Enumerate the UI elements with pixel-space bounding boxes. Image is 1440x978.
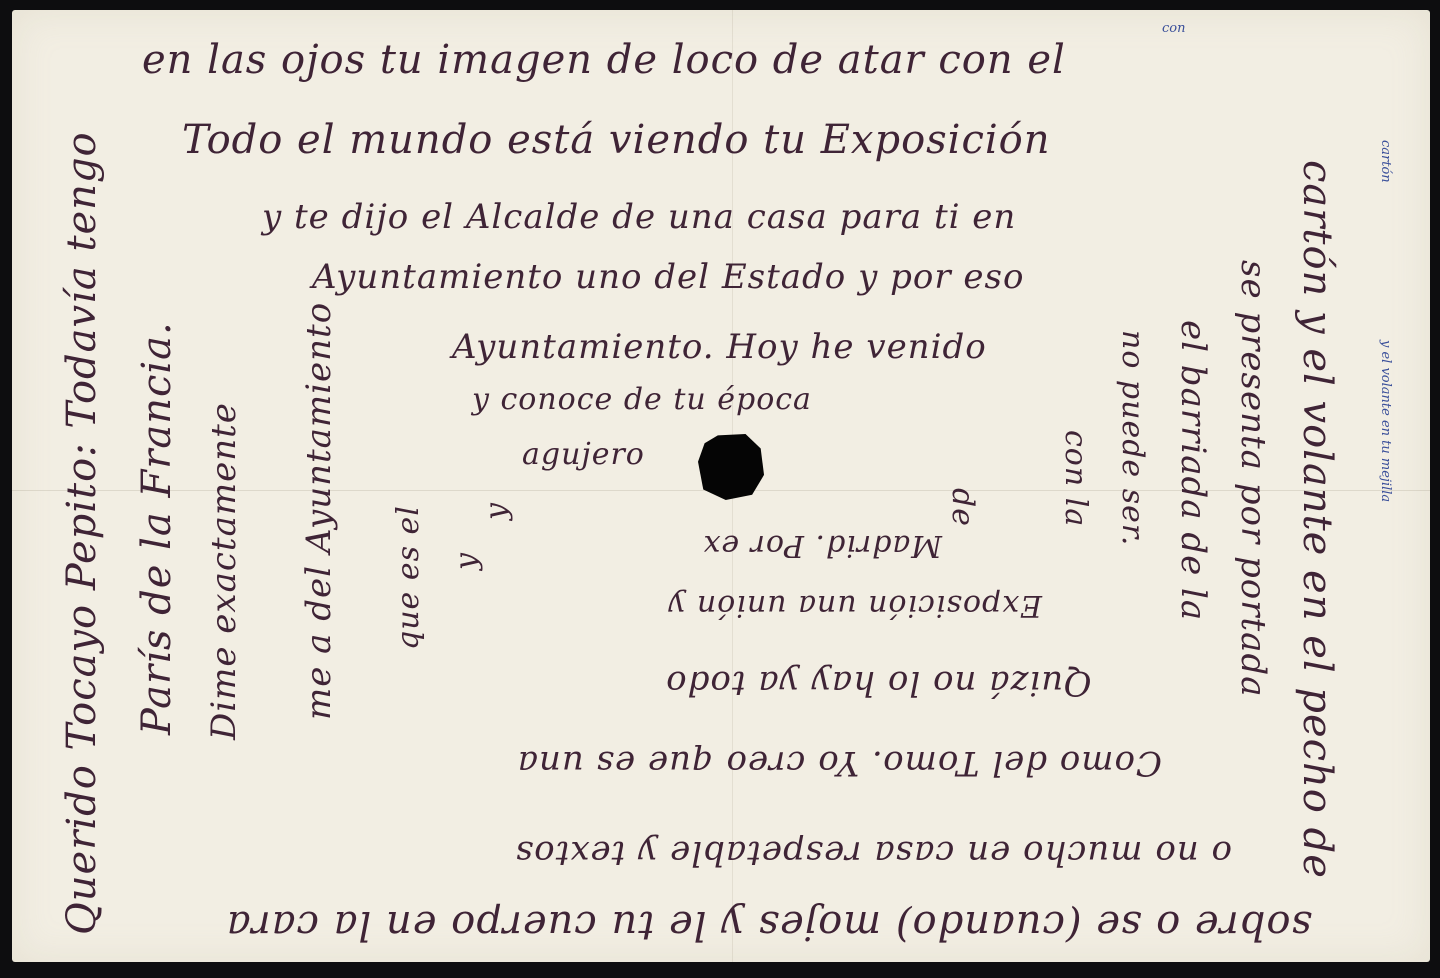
ring5-bottom-line: Exposición una unión y xyxy=(667,590,1042,620)
outer-right-line: cartón y el volante en el pecho de xyxy=(1297,160,1337,879)
ring4-bottom-line: Quizá no lo hay ya todo xyxy=(665,666,1092,700)
ink-blot-hole xyxy=(698,434,764,500)
center-word: agujero xyxy=(522,440,645,470)
ring2-right-line: se presenta por portada xyxy=(1236,260,1270,697)
ring4-top-line: Ayuntamiento uno del Estado y por eso xyxy=(312,260,1024,294)
ring4-left-line: que es el xyxy=(394,505,424,650)
ring5-right-line: con la xyxy=(1060,430,1090,527)
ring3-left-line: me a del Ayuntamiento xyxy=(302,302,336,720)
ring4-right-line: no puede ser. xyxy=(1117,330,1147,546)
outer-left-line-2: París de la Francia. xyxy=(137,321,177,735)
ring5-left-line: y xyxy=(452,552,482,570)
ring6-left-line: y xyxy=(482,502,512,520)
ring6-top-line: y conoce de tu época xyxy=(472,385,812,415)
ring2-bottom-line: o no mucho en casa respetable y textos xyxy=(515,836,1232,870)
ring6-right-line: de xyxy=(947,488,977,527)
ring5-top-line: Ayuntamiento. Hoy he venido xyxy=(452,330,987,364)
ring2-top-line: Todo el mundo está viendo tu Exposición xyxy=(182,120,1051,160)
ring6-bottom-line: Madrid. Por ex xyxy=(702,530,942,560)
outer-left-line-1: Querido Tocayo Pepito: Todavía tengo xyxy=(62,131,102,935)
outer-bottom-line: sobre o se (cuando) mojes y le tu cuerpo… xyxy=(226,905,1312,945)
letter-paper: en las ojos tu imagen de loco de atar co… xyxy=(12,10,1430,962)
outer-top-annotation: con xyxy=(1162,22,1185,35)
outer-right-annotation-2: y el volante en tu mejilla xyxy=(1379,340,1392,502)
ring3-bottom-line: Como del Tomo. Yo creo que es una xyxy=(517,746,1162,780)
ring3-top-line: y te dijo el Alcalde de una casa para ti… xyxy=(262,200,1016,234)
ring3-right-line: el barriada de la xyxy=(1176,320,1210,621)
ring2-left-line: Dime exactamente xyxy=(207,402,241,740)
outer-right-annotation-1: cartón xyxy=(1379,140,1392,183)
outer-top-line: en las ojos tu imagen de loco de atar co… xyxy=(142,40,1066,80)
